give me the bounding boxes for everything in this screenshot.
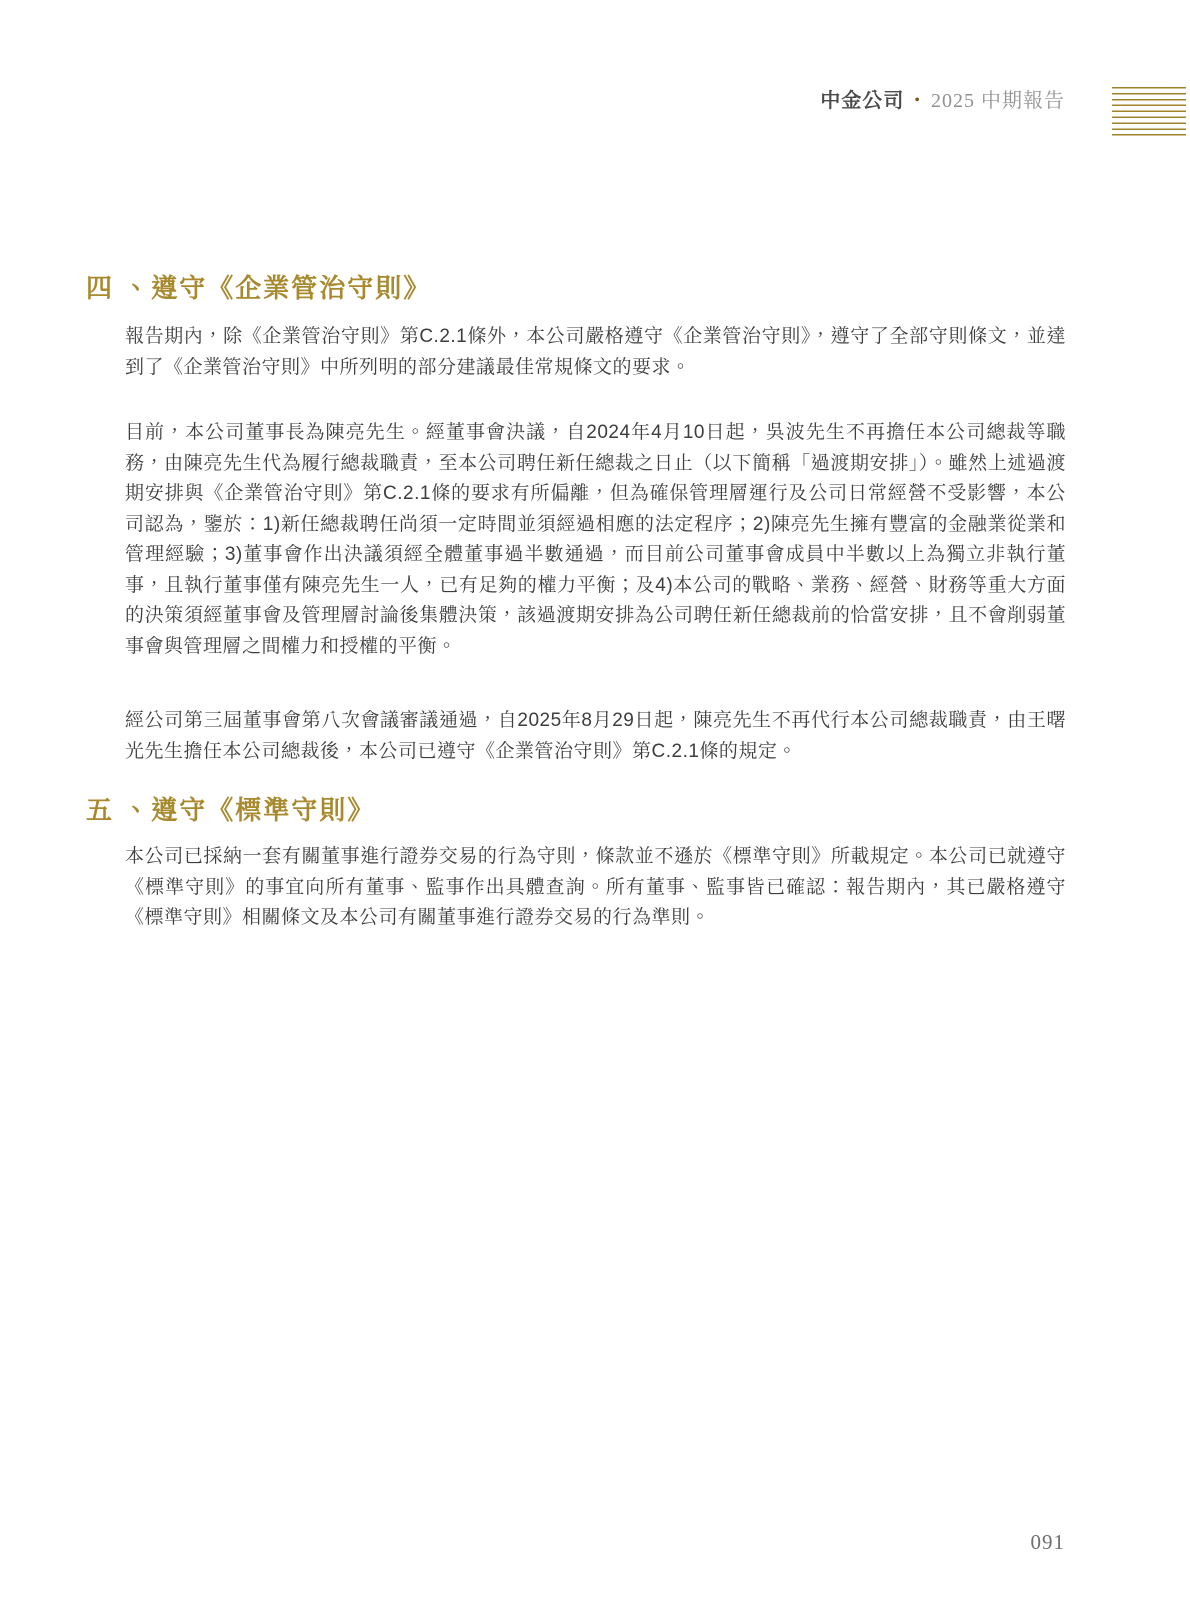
section-four-paragraph-2: 目前，本公司董事長為陳亮先生。經董事會決議，自2024年4月10日起，吳波先生不… bbox=[125, 418, 1066, 662]
page-header: 中金公司•2025 中期報告 bbox=[820, 84, 1065, 113]
page-number: 091 bbox=[1031, 1530, 1066, 1555]
report-page: 中金公司•2025 中期報告 四 、遵守《企業管治守則》 報告期內，除《企業管治… bbox=[0, 0, 1190, 1615]
section-five-paragraph-1: 本公司已採納一套有關董事進行證券交易的行為守則，條款並不遜於《標準守則》所載規定… bbox=[125, 842, 1066, 934]
section-five-heading: 五 、遵守《標準守則》 bbox=[86, 793, 375, 827]
section-four-paragraph-1: 報告期內，除《企業管治守則》第C.2.1條外，本公司嚴格遵守《企業管治守則》，遵… bbox=[125, 322, 1066, 383]
gold-stripes-icon bbox=[1112, 87, 1186, 136]
section-four-paragraph-3: 經公司第三屆董事會第八次會議審議通過，自2025年8月29日起，陳亮先生不再代行… bbox=[125, 706, 1066, 767]
report-title: 2025 中期報告 bbox=[931, 90, 1065, 112]
bullet-separator-icon: • bbox=[914, 92, 921, 109]
company-name: 中金公司 bbox=[820, 90, 904, 112]
section-four-heading: 四 、遵守《企業管治守則》 bbox=[86, 271, 431, 305]
